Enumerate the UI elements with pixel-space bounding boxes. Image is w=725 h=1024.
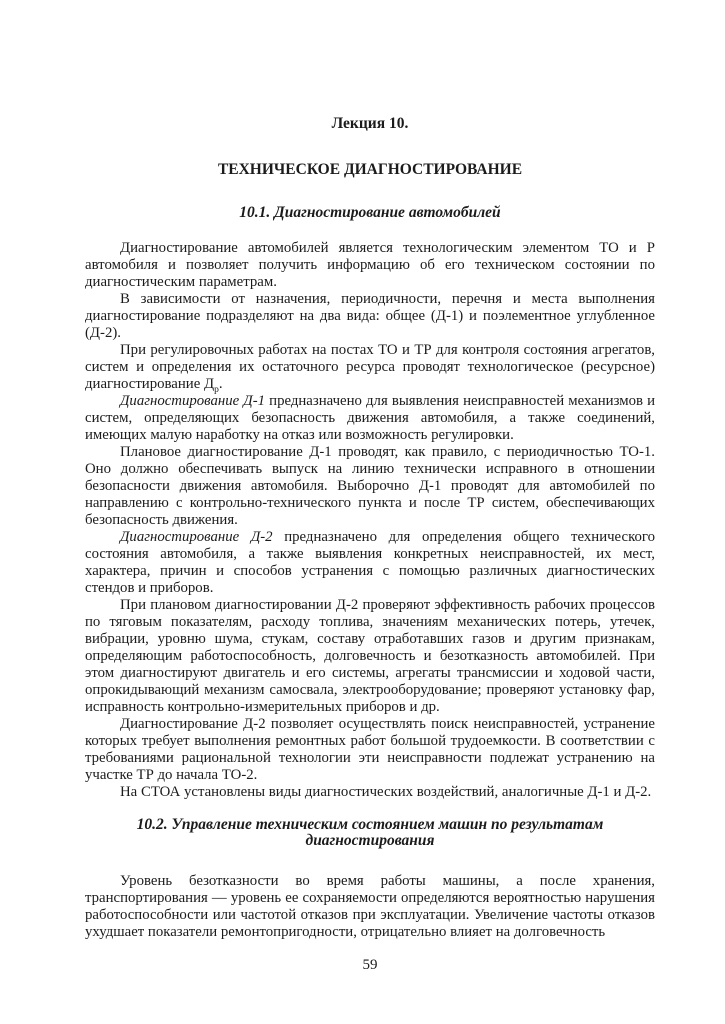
page-number: 59 [85,957,655,974]
paragraph-text: В зависимости от назначения, периодичнос… [85,291,655,341]
paragraph-text: При регулировочных работах на постах ТО … [85,342,655,392]
paragraph: Диагностирование автомобилей является те… [85,240,655,291]
paragraph-text: Диагностирование автомобилей является те… [85,240,655,290]
paragraph: Плановое диагностирование Д-1 проводят, … [85,444,655,529]
main-heading: ТЕХНИЧЕСКОЕ ДИАГНОСТИРОВАНИЕ [85,162,655,178]
paragraph: На СТОА установлены виды диагностических… [85,784,655,801]
paragraph: При плановом диагностировании Д-2 провер… [85,597,655,716]
paragraph-tail: . [219,376,223,392]
section-heading-10-2: 10.2. Управление техническим состоянием … [85,817,655,849]
paragraph-text: Диагностирование Д-2 позволяет осуществл… [85,716,655,783]
paragraph: При регулировочных работах на постах ТО … [85,342,655,393]
lecture-title: Лекция 10. [85,116,655,132]
paragraph: Диагностирование Д-2 позволяет осуществл… [85,716,655,784]
paragraph: В зависимости от назначения, периодичнос… [85,291,655,342]
paragraph-lead-italic: Диагностирование Д-1 [120,393,265,409]
paragraph-text: На СТОА установлены виды диагностических… [120,784,651,800]
text-block: Лекция 10. ТЕХНИЧЕСКОЕ ДИАГНОСТИРОВАНИЕ … [85,116,655,941]
paragraph: Диагностирование Д-1 предназначено для в… [85,393,655,444]
document-page: Лекция 10. ТЕХНИЧЕСКОЕ ДИАГНОСТИРОВАНИЕ … [0,0,725,1024]
paragraph-text: При плановом диагностировании Д-2 провер… [85,597,655,715]
paragraph-text: Плановое диагностирование Д-1 проводят, … [85,444,655,528]
paragraph-text: Уровень безотказности во время работы ма… [85,873,655,940]
paragraph: Диагностирование Д-2 предназначено для о… [85,529,655,597]
paragraph: Уровень безотказности во время работы ма… [85,873,655,941]
section-heading-10-1: 10.1. Диагностирование автомобилей [85,205,655,221]
paragraph-lead-italic: Диагностирование Д-2 [120,529,273,545]
